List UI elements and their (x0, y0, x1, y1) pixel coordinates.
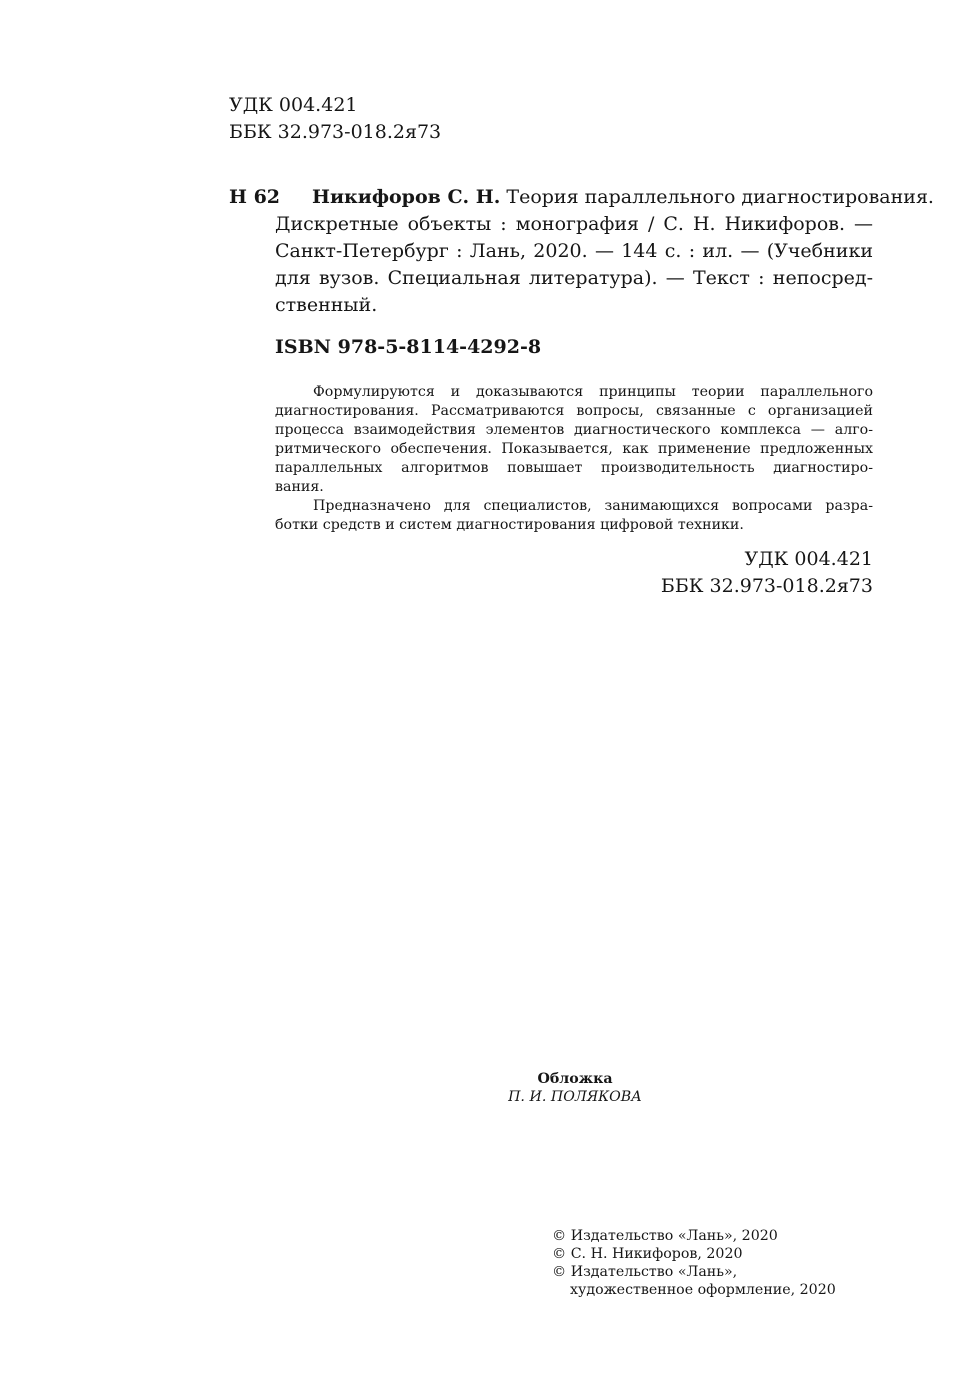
annotation-line: Формулируются и доказываются принципы те… (275, 383, 873, 402)
cover-label: Обложка (470, 1070, 680, 1088)
copyright-line: художественное оформление, 2020 (552, 1281, 836, 1299)
annotation-line: ботки средств и систем диагностирования … (275, 516, 873, 535)
isbn: ISBN 978-5-8114-4292-8 (275, 334, 541, 361)
annotation-line: ритмического обеспечения. Показывается, … (275, 440, 873, 459)
copyright-line: © Издательство «Лань», (552, 1263, 836, 1281)
bbk-code: ББК 32.973-018.2я73 (661, 573, 873, 600)
author-mark: Н 62 (229, 184, 280, 211)
entry-line: для вузов. Специальная литература). — Те… (275, 265, 873, 292)
entry-line: Никифоров С. Н. Теория параллельного диа… (312, 184, 873, 211)
bibliographic-entry: Никифоров С. Н. Теория параллельного диа… (275, 184, 873, 319)
copyright-line: © Издательство «Лань», 2020 (552, 1227, 836, 1245)
copyright-line: © С. Н. Никифоров, 2020 (552, 1245, 836, 1263)
annotation: Формулируются и доказываются принципы те… (275, 383, 873, 535)
copyright-block: © Издательство «Лань», 2020 © С. Н. Ники… (552, 1227, 836, 1299)
bbk-code: ББК 32.973-018.2я73 (229, 119, 441, 146)
entry-title: Теория параллельного диагностирования. (506, 186, 934, 208)
udk-code: УДК 004.421 (661, 546, 873, 573)
annotation-line: вания. (275, 478, 873, 497)
entry-line: Дискретные объекты : монография / С. Н. … (275, 211, 873, 238)
cover-designer: П. И. ПОЛЯКОВА (470, 1088, 680, 1106)
entry-line: ственный. (275, 292, 873, 319)
annotation-line: диагностирования. Рассматриваются вопрос… (275, 402, 873, 421)
annotation-line: Предназначено для специалистов, занимающ… (275, 497, 873, 516)
cover-credit: Обложка П. И. ПОЛЯКОВА (470, 1070, 680, 1106)
entry-line: Санкт-Петербург : Лань, 2020. — 144 с. :… (275, 238, 873, 265)
footer-classification-codes: УДК 004.421 ББК 32.973-018.2я73 (661, 546, 873, 600)
annotation-line: процесса взаимодействия элементов диагно… (275, 421, 873, 440)
annotation-line: параллельных алгоритмов повышает произво… (275, 459, 873, 478)
entry-author: Никифоров С. Н. (312, 186, 500, 208)
header-classification-codes: УДК 004.421 ББК 32.973-018.2я73 (229, 92, 441, 146)
udk-code: УДК 004.421 (229, 92, 441, 119)
